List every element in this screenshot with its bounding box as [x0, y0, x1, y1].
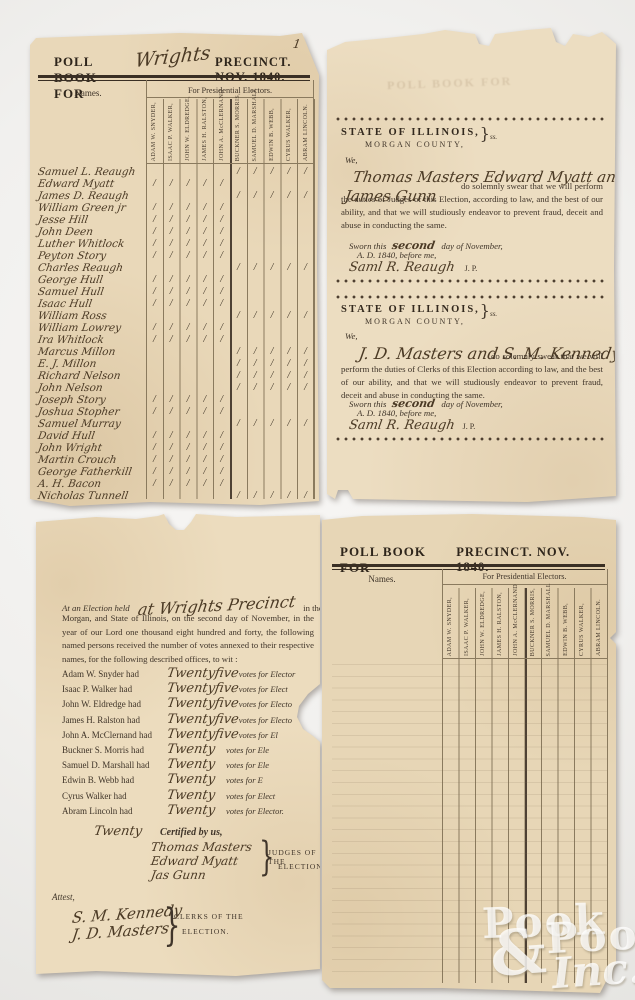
tally-cell: [297, 202, 314, 214]
tally-cell: /: [163, 322, 180, 334]
tally-cell: [230, 442, 247, 454]
state-heading-1: STATE OF ILLINOIS, } ss.: [341, 127, 497, 141]
result-line: Cyrus Walker had Twenty votes for Elect: [62, 788, 314, 803]
tally-cell: [247, 214, 264, 226]
tally-cell: [297, 250, 314, 262]
tally-cell: /: [146, 298, 163, 310]
tally-cell: /: [146, 274, 163, 286]
voter-name-handwritten: Richard Nelson: [37, 370, 147, 382]
votes-for-label: votes for Ele: [226, 760, 314, 770]
tally-cell: [163, 262, 180, 274]
vote-count-handwritten: Twentyfive: [166, 727, 240, 742]
tally-cells: /////: [146, 226, 314, 238]
tally-cell: [280, 322, 297, 334]
vote-count-handwritten: Twentyfive: [166, 696, 240, 711]
tally-cell: /: [146, 430, 163, 442]
tally-cell: /: [180, 238, 197, 250]
voter-row: Isaac Hull /////: [38, 298, 315, 310]
tally-cells: /////: [146, 334, 314, 346]
voter-name-handwritten: Joshua Stopher: [37, 406, 147, 418]
tally-cell: /: [247, 358, 264, 370]
tally-cell: /: [146, 214, 163, 226]
votes-for-label: votes for Electo: [239, 715, 327, 725]
tally-cells: /////: [146, 262, 314, 274]
tally-cell: /: [213, 334, 230, 346]
elector-header-cell: JOHN W. ELDREDGE,: [475, 588, 492, 659]
voter-name-handwritten: William Ross: [37, 310, 147, 322]
tally-cell: [196, 310, 213, 322]
tally-cell: [297, 442, 314, 454]
tally-cell: /: [213, 322, 230, 334]
blank-right-edge-line: [607, 569, 608, 983]
tally-cell: [213, 166, 230, 178]
voter-name-handwritten: Luther Whitlock: [37, 238, 147, 250]
tally-cell: /: [280, 166, 297, 178]
result-line: John A. McClernand had Twentyfive votes …: [62, 727, 314, 742]
tally-cell: [230, 178, 247, 190]
tally-cell: [264, 274, 281, 286]
result-line: Buckner S. Morris had Twenty votes for E…: [62, 742, 314, 757]
result-line: Adam W. Snyder had Twentyfive votes for …: [62, 666, 314, 681]
tally-cells: /////: [146, 310, 314, 322]
tally-cell: [163, 370, 180, 382]
tally-cell: [146, 166, 163, 178]
tally-cell: /: [146, 406, 163, 418]
tally-cell: /: [247, 490, 264, 502]
tally-cell: /: [180, 454, 197, 466]
voter-name-handwritten: Peyton Story: [37, 250, 147, 262]
tally-cell: /: [247, 262, 264, 274]
tally-cell: /: [230, 358, 247, 370]
tally-cells: /////: [146, 202, 314, 214]
tally-cell: [213, 370, 230, 382]
tally-cell: [247, 466, 264, 478]
voter-name-handwritten: Isaac Hull: [37, 298, 147, 310]
elector-name-vertical: ISAAC P. WALKER,: [168, 101, 174, 163]
blank-title-suffix: PRECINCT. NOV. 1840.: [456, 545, 602, 575]
tally-cell: [213, 358, 230, 370]
elector-result-name: Edwin B. Webb had: [62, 775, 167, 785]
tally-cell: [297, 286, 314, 298]
voter-row: Nicholas Tunnell /////: [38, 490, 315, 502]
tally-cell: [280, 442, 297, 454]
elector-result-name: Buckner S. Morris had: [62, 745, 167, 755]
elector-name-vertical: ABRAM LINCOLN.: [596, 597, 602, 658]
tally-cell: [297, 178, 314, 190]
tally-cell: [146, 382, 163, 394]
blank-electors-header: For Presidential Electors.: [442, 572, 607, 581]
tally-cell: /: [230, 382, 247, 394]
voter-name-handwritten: James D. Reaugh: [37, 190, 147, 202]
tally-cell: [180, 370, 197, 382]
voter-row: William Green jr /////: [38, 202, 315, 214]
tally-cell: [146, 346, 163, 358]
elector-header-cell: JAMES H. RALSTON,: [492, 588, 509, 659]
voter-row: Peyton Story /////: [38, 250, 315, 262]
tally-cell: [196, 346, 213, 358]
tally-cell: [264, 214, 281, 226]
tally-cell: /: [264, 382, 281, 394]
ornament-border-2: [335, 278, 607, 284]
tally-cell: [180, 190, 197, 202]
tally-cell: /: [146, 178, 163, 190]
voter-name-handwritten: William Lowrey: [37, 322, 147, 334]
result-line: John W. Eldredge had Twentyfive votes fo…: [62, 696, 314, 711]
tally-cell: /: [180, 478, 197, 490]
elector-name-vertical: BUCKNER S. MORRIS,: [235, 91, 241, 163]
elector-name-vertical: JAMES H. RALSTON,: [202, 95, 208, 163]
tally-cell: /: [180, 442, 197, 454]
tally-cell: [297, 406, 314, 418]
tally-cell: /: [280, 346, 297, 358]
tally-cell: /: [196, 454, 213, 466]
votes-for-label: votes for Ele: [226, 745, 314, 755]
elector-header-cell: ADAM W. SNYDER,: [442, 588, 459, 659]
state-of-illinois-2: STATE OF ILLINOIS,: [341, 304, 480, 315]
tally-cell: /: [196, 394, 213, 406]
tally-cell: /: [213, 430, 230, 442]
tally-cell: [247, 430, 264, 442]
tally-cell: /: [196, 274, 213, 286]
tally-cell: [180, 490, 197, 502]
tally-cell: /: [163, 250, 180, 262]
tally-cell: /: [280, 310, 297, 322]
tally-cell: /: [230, 418, 247, 430]
tally-cell: /: [163, 394, 180, 406]
tally-cell: [297, 454, 314, 466]
voter-name-handwritten: George Hull: [37, 274, 147, 286]
tally-cell: /: [230, 310, 247, 322]
tally-cell: /: [213, 466, 230, 478]
result-line: James H. Ralston had Twentyfive votes fo…: [62, 712, 314, 727]
tally-cell: /: [264, 490, 281, 502]
tally-cell: [213, 490, 230, 502]
certified-by-us-label: Certified by us,: [160, 827, 223, 838]
tally-cell: [180, 382, 197, 394]
tally-cell: [297, 298, 314, 310]
voter-row: James D. Reaugh /////: [38, 190, 315, 202]
tally-cell: /: [297, 418, 314, 430]
ss-abbrev-1: ss.: [490, 133, 497, 141]
tally-cell: [264, 478, 281, 490]
tally-cell: [230, 478, 247, 490]
judges-signatures: Thomas Masters Edward Myatt Jas Gunn: [151, 840, 252, 882]
tally-cell: [247, 478, 264, 490]
voter-row: Richard Nelson /////: [38, 370, 315, 382]
elector-name-vertical: JOHN W. ELDREDGE,: [185, 94, 191, 163]
voter-row: John Deen /////: [38, 226, 315, 238]
state-of-illinois-1: STATE OF ILLINOIS,: [341, 127, 480, 138]
tally-cell: [247, 202, 264, 214]
tally-cell: /: [213, 298, 230, 310]
tally-cell: [163, 382, 180, 394]
tally-cell: /: [180, 250, 197, 262]
tally-cell: /: [280, 418, 297, 430]
voter-name-handwritten: Martin Crouch: [37, 454, 147, 466]
result-line: Samuel D. Marshall had Twenty votes for …: [62, 757, 314, 772]
judges-oath-body: do solemnly swear that we will perform t…: [341, 180, 603, 232]
tally-cell: /: [230, 490, 247, 502]
tally-cells: /////: [146, 466, 314, 478]
voter-name-handwritten: Samuel Hull: [37, 286, 147, 298]
tally-cell: [213, 190, 230, 202]
tally-cell: [247, 442, 264, 454]
voter-name-handwritten: John Wright: [37, 442, 147, 454]
tally-cell: [280, 286, 297, 298]
vote-count-handwritten: Twenty: [166, 788, 227, 803]
tally-cell: [196, 490, 213, 502]
blank-title-rule: [332, 564, 605, 570]
tally-cell: /: [264, 370, 281, 382]
tally-cell: /: [213, 238, 230, 250]
elector-header-cell: BUCKNER S. MORRIS,: [525, 588, 542, 659]
voter-row: Samuel L. Reaugh /////: [38, 166, 315, 178]
tally-cell: [280, 430, 297, 442]
morgan-county-1: MORGAN COUNTY,: [365, 140, 465, 149]
reaugh-signature-2: Saml R. Reaugh: [348, 418, 456, 433]
tally-cells: /////: [146, 394, 314, 406]
tally-cell: [264, 394, 281, 406]
elector-name-vertical: ISAAC P. WALKER,: [464, 596, 470, 658]
tally-cell: /: [213, 202, 230, 214]
tally-cell: /: [264, 358, 281, 370]
tally-cell: [213, 382, 230, 394]
tally-cell: /: [247, 382, 264, 394]
voter-name-handwritten: Nicholas Tunnell: [37, 490, 147, 502]
auction-photo-poll-books: { "form": { "title_prefix": "POLL BOOK F…: [0, 0, 635, 1000]
tally-cell: [247, 322, 264, 334]
voter-row: William Ross /////: [38, 310, 315, 322]
elector-header-cell: BUCKNER S. MORRIS,: [230, 99, 247, 164]
elector-name-vertical: BUCKNER S. MORRIS,: [530, 586, 536, 658]
tally-cell: [146, 418, 163, 430]
tally-cell: /: [146, 250, 163, 262]
result-line: Isaac P. Walker had Twentyfive votes for…: [62, 681, 314, 696]
voter-name-handwritten: Ira Whitlock: [37, 334, 147, 346]
ss-brace-1: }: [480, 127, 490, 141]
tally-cell: [280, 478, 297, 490]
elector-name-vertical: ABRAM LINCOLN.: [303, 102, 309, 163]
tally-cell: /: [196, 298, 213, 310]
tally-cell: /: [213, 226, 230, 238]
tally-cell: /: [264, 190, 281, 202]
ghost-impression-text: POLL BOOK FOR: [387, 74, 513, 93]
elector-header-cell: JOHN A. McCLERNAND: [213, 99, 230, 164]
tally-cell: /: [297, 370, 314, 382]
jp-signature-1: Saml R. Reaugh J. P.: [349, 258, 477, 276]
tally-cell: [196, 190, 213, 202]
result-line: Abram Lincoln had Twenty votes for Elect…: [62, 803, 314, 818]
tally-cell: /: [180, 406, 197, 418]
tally-cell: /: [196, 226, 213, 238]
tally-cell: /: [163, 238, 180, 250]
tally-cell: [280, 250, 297, 262]
tally-cell: /: [247, 310, 264, 322]
voter-rows: Samuel L. Reaugh ///// Edward Myatt ////…: [38, 166, 315, 502]
tally-cells: /////: [146, 214, 314, 226]
tally-cell: [247, 250, 264, 262]
tally-cell: /: [180, 178, 197, 190]
tally-cell: /: [196, 466, 213, 478]
tally-cell: [264, 298, 281, 310]
tally-cell: [264, 226, 281, 238]
voter-name-handwritten: John Nelson: [37, 382, 147, 394]
voter-row: Joseph Story /////: [38, 394, 315, 406]
voter-row: John Wright /////: [38, 442, 315, 454]
elector-result-name: Samuel D. Marshall had: [62, 760, 167, 770]
tally-cell: /: [146, 226, 163, 238]
tally-cell: /: [180, 322, 197, 334]
elector-result-name: James H. Ralston had: [62, 715, 167, 725]
voter-row: Luther Whitlock /////: [38, 238, 315, 250]
tally-cell: [163, 490, 180, 502]
tally-cell: /: [180, 202, 197, 214]
elector-header-cell: EDWIN B. WEBB,: [264, 99, 281, 164]
tally-cell: /: [146, 334, 163, 346]
tally-cell: /: [146, 466, 163, 478]
oaths-sheet: POLL BOOK FOR STATE OF ILLINOIS, } ss. M…: [327, 28, 616, 505]
we-label-1: We,: [345, 155, 358, 165]
tally-cell: /: [264, 346, 281, 358]
tally-cell: /: [213, 442, 230, 454]
elector-name-vertical: CYRUS WALKER,: [286, 106, 292, 163]
tally-cell: /: [230, 370, 247, 382]
vote-count-handwritten: Twentyfive: [166, 681, 240, 696]
votes-for-label: votes for Elect: [226, 791, 314, 801]
voter-row: A. H. Bacon /////: [38, 478, 315, 490]
blank-row-rules: [332, 664, 607, 982]
voter-name-handwritten: George Fatherkill: [37, 466, 147, 478]
sworn-suffix-2: day of November,: [441, 399, 502, 409]
blank-names-header: Names.: [322, 574, 442, 584]
tally-cell: [297, 226, 314, 238]
tally-cell: [196, 370, 213, 382]
tally-cell: /: [163, 454, 180, 466]
elector-name-vertical: SAMUEL D. MARSHALL: [252, 86, 258, 163]
voter-row: George Hull /////: [38, 274, 315, 286]
blank-elector-headers: ADAM W. SNYDER, ISAAC P. WALKER, JOHN W.…: [442, 588, 607, 658]
tally-cell: /: [196, 178, 213, 190]
tally-cell: [230, 334, 247, 346]
tally-cell: /: [180, 274, 197, 286]
tally-cell: /: [163, 202, 180, 214]
tally-cells: /////: [146, 418, 314, 430]
tally-cell: [213, 310, 230, 322]
judge-signature: Jas Gunn: [150, 868, 253, 882]
tally-cell: /: [196, 250, 213, 262]
tally-cells: /////: [146, 346, 314, 358]
elector-header-cell: CYRUS WALKER,: [574, 588, 591, 659]
tally-cell: /: [196, 322, 213, 334]
tally-cell: [247, 394, 264, 406]
voter-name-handwritten: Edward Myatt: [37, 178, 147, 190]
voter-row: David Hull /////: [38, 430, 315, 442]
voter-name-handwritten: Jesse Hill: [37, 214, 147, 226]
tally-cell: /: [196, 478, 213, 490]
precinct-name-handwritten: Wrights: [134, 42, 212, 72]
votes-for-label: votes for Elector: [239, 669, 327, 679]
sworn-suffix-1: day of November,: [441, 241, 502, 251]
tally-cell: /: [196, 202, 213, 214]
certificate-body: Morgan, and State of Illinois, on the se…: [62, 612, 314, 666]
tally-cell: /: [230, 346, 247, 358]
voter-name-handwritten: David Hull: [37, 430, 147, 442]
tally-cell: [230, 226, 247, 238]
voter-row: William Lowrey /////: [38, 322, 315, 334]
votes-for-label: votes for Electo: [239, 699, 327, 709]
votes-for-label: votes for El: [239, 730, 327, 740]
ornament-border-4: [335, 436, 607, 442]
tally-cells: /////: [146, 358, 314, 370]
vote-count-handwritten: Twentyfive: [166, 666, 240, 681]
tally-cell: [264, 322, 281, 334]
tally-cell: [146, 490, 163, 502]
tally-cell: [297, 394, 314, 406]
state-heading-2: STATE OF ILLINOIS, } ss.: [341, 304, 497, 318]
tally-cell: /: [146, 238, 163, 250]
tally-cell: [180, 346, 197, 358]
tally-cells: /////: [146, 382, 314, 394]
tally-cell: /: [146, 478, 163, 490]
tally-cell: [196, 262, 213, 274]
elector-name-vertical: CYRUS WALKER,: [579, 601, 585, 658]
vote-count-handwritten: Twenty: [166, 772, 227, 787]
elector-header-cell: ADAM W. SNYDER,: [146, 99, 163, 164]
tally-cell: /: [163, 442, 180, 454]
tally-cell: [196, 418, 213, 430]
elector-header-cell: ISAAC P. WALKER,: [163, 99, 180, 164]
tally-cell: [180, 358, 197, 370]
tally-cell: /: [297, 166, 314, 178]
voter-row: Martin Crouch /////: [38, 454, 315, 466]
elector-header-cell: ABRAM LINCOLN.: [591, 588, 608, 659]
elector-result-name: Abram Lincoln had: [62, 806, 167, 816]
elector-result-name: Adam W. Snyder had: [62, 669, 167, 679]
tally-cell: /: [213, 178, 230, 190]
voter-row: John Nelson /////: [38, 382, 315, 394]
tally-cell: /: [196, 334, 213, 346]
tally-cell: [230, 274, 247, 286]
voter-row: Marcus Millon /////: [38, 346, 315, 358]
elector-header-cell: JOHN W. ELDREDGE,: [180, 99, 197, 164]
tally-cell: /: [163, 430, 180, 442]
tally-cell: /: [297, 490, 314, 502]
tally-cell: /: [297, 310, 314, 322]
overflow-count-handwritten: Twenty: [93, 824, 143, 839]
voter-row: Ira Whitlock /////: [38, 334, 315, 346]
tally-cell: [213, 418, 230, 430]
attest-label: Attest,: [52, 892, 75, 902]
tally-cell: /: [280, 382, 297, 394]
names-column-header: Names.: [30, 88, 146, 98]
voter-row: Samuel Hull /////: [38, 286, 315, 298]
tally-cell: /: [213, 406, 230, 418]
tally-cell: /: [297, 382, 314, 394]
tally-cell: /: [196, 214, 213, 226]
result-line: Edwin B. Webb had Twenty votes for E: [62, 772, 314, 787]
tally-cell: /: [247, 166, 264, 178]
tally-cell: [163, 418, 180, 430]
tally-cell: /: [146, 394, 163, 406]
voter-row: Edward Myatt /////: [38, 178, 315, 190]
tally-cell: /: [264, 310, 281, 322]
voter-row: E. J. Millon /////: [38, 358, 315, 370]
elector-name-headers: ADAM W. SNYDER, ISAAC P. WALKER, JOHN W.…: [146, 99, 314, 163]
clerks-brace: }: [164, 900, 181, 951]
tally-cell: [264, 250, 281, 262]
elector-header-cell: SAMUEL D. MARSHALL: [541, 588, 558, 659]
tally-cell: /: [163, 406, 180, 418]
